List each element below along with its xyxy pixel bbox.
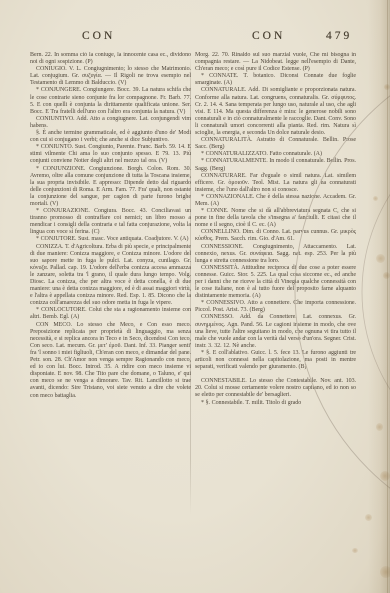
dictionary-paragraph: CONNESSITÀ. Attitudine reciproca di due … xyxy=(195,265,356,300)
dictionary-paragraph: CONIUGIO. V. L. Congiugnimento; lo stess… xyxy=(30,66,191,87)
dictionary-paragraph: * CONJUNGERE. Congiungere. Bocc. 39. La … xyxy=(30,87,191,115)
text-column-right: Morg. 22. 70. Rinaldo sul suo marzial vu… xyxy=(195,52,356,407)
dictionary-paragraph: CONNATURALITÀ. Astratto di Connaturale. … xyxy=(195,137,356,151)
dictionary-paragraph: CONNATURARE. Far d'eguale o simil natura… xyxy=(195,173,356,194)
dictionary-paragraph: * CONNESSIVO. Atto a connettere. Che imp… xyxy=(195,300,356,314)
dictionary-paragraph: CON MECO. Lo stesso che Meco, e Con esso… xyxy=(30,322,191,400)
dictionary-paragraph: CONNELLINO. Dim. di Conno. Lat. parvus c… xyxy=(195,229,356,243)
dictionary-paragraph: Bern. 22. In somma ciò la coniuge, la in… xyxy=(30,52,191,66)
foxing-stain xyxy=(365,514,372,521)
dictionary-paragraph: * CONJUTORE. Sust. masc. Voce antiquata.… xyxy=(30,236,191,243)
dictionary-paragraph: CONNESTABILE. Lo stesso che Contestabile… xyxy=(195,378,356,399)
dictionary-paragraph: CONNESSO. Add. da Connettere. Lat. conne… xyxy=(195,314,356,349)
text-column-left: Bern. 22. In somma ciò la coniuge, la in… xyxy=(30,52,191,400)
dictionary-paragraph: * CONNAZIONALE. Che è della stessa nazio… xyxy=(195,194,356,208)
dictionary-paragraph: * §. Connestabile. T. milit. Titolo di g… xyxy=(195,400,356,407)
dictionary-paragraph: CONNESSIONE. Congiugnimento, Attaccament… xyxy=(195,244,356,265)
foxing-stain xyxy=(376,423,383,431)
foxing-stain xyxy=(352,548,358,553)
page-number: 479 xyxy=(326,30,352,42)
dictionary-paragraph: * CONIUNTO. Sust. Congiunto, Parente. Fr… xyxy=(30,144,191,165)
dictionary-paragraph: Morg. 22. 70. Rinaldo sul suo marzial vu… xyxy=(195,52,356,73)
dictionary-paragraph: * CONLOCUTORE. Colui che sta a ragioname… xyxy=(30,307,191,321)
dictionary-paragraph: * CONNATURALIZZATO. Fatto connaturale. (… xyxy=(195,151,356,158)
dictionary-paragraph: * CONJUNZIONE. Congiunzione. Borgh. Colo… xyxy=(30,166,191,209)
foxing-stain xyxy=(376,254,385,263)
book-page-scan: CON CON 479 Bern. 22. In somma ciò la co… xyxy=(0,0,390,593)
dictionary-paragraph: * §. E coll'ablativo. Guicc. l. 5. fece … xyxy=(195,350,356,371)
running-title-left: CON xyxy=(82,30,115,42)
dictionary-paragraph: * CONNE. Nome che si dà all'abbreviatura… xyxy=(195,208,356,229)
dictionary-paragraph: * CONNATURALMENTE. In modo il connatural… xyxy=(195,158,356,172)
page-edge-line xyxy=(387,0,388,593)
foxing-stain xyxy=(380,471,390,481)
dictionary-paragraph: §. È anche termine grammaticale, ed è ag… xyxy=(30,130,191,144)
foxing-stain xyxy=(380,566,390,578)
dictionary-paragraph: CONNATURALE. Add. Di somigliante e propo… xyxy=(195,87,356,137)
dictionary-paragraph: CONIZZA. T. d'Agricoltura. Erba di più s… xyxy=(30,244,191,308)
running-title-right: CON xyxy=(252,30,285,42)
dictionary-paragraph: CONIUNTIVO. Add. Atto a congiugnere. Lat… xyxy=(30,116,191,130)
foxing-stain xyxy=(373,196,378,201)
dictionary-paragraph: * CONJURAZIONE. Congiura. Bocc. 43. Conc… xyxy=(30,208,191,236)
dictionary-paragraph: * CONNATE. T. botanico. Diconsi Connate … xyxy=(195,73,356,87)
